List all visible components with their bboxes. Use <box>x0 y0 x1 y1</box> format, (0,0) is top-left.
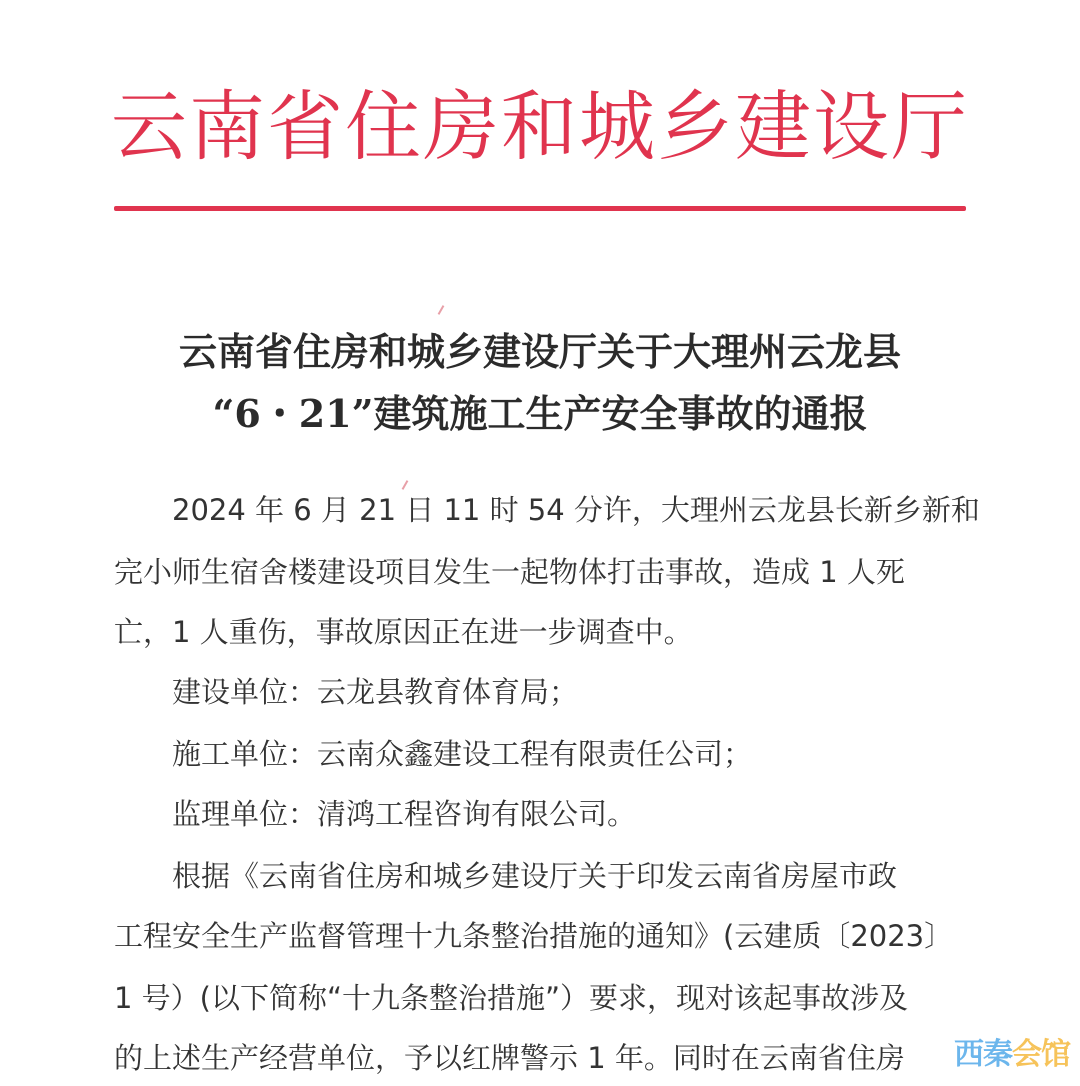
contractor-unit-line: 施工单位：云南众鑫建设工程有限责任公司； <box>172 734 752 774</box>
construction-unit-line: 建设单位：云龙县教育体育局； <box>172 672 578 712</box>
letterhead-org-name: 云南省住房和城乡建设厅 <box>0 82 1080 172</box>
scan-speck <box>402 480 409 490</box>
paragraph-line: 亡，1 人重伤，事故原因正在进一步调查中。 <box>114 612 693 652</box>
document-title-line-2: “6・21”建筑施工生产安全事故的通报 <box>0 390 1080 438</box>
letterhead-red-rule <box>114 206 966 211</box>
paragraph-line: 2024 年 6 月 21 日 11 时 54 分许，大理州云龙县长新乡新和 <box>172 490 980 530</box>
paragraph-line: 的上述生产经营单位，予以红牌警示 1 年。同时在云南省住房 <box>114 1038 905 1078</box>
watermark-part-2: 会馆 <box>1012 1037 1070 1072</box>
supervision-unit-line: 监理单位：清鸿工程咨询有限公司。 <box>172 794 636 834</box>
paragraph-line: 根据《云南省住房和城乡建设厅关于印发云南省房屋市政 <box>172 856 897 896</box>
scan-speck <box>438 305 445 315</box>
watermark-part-1: 西秦 <box>954 1037 1012 1072</box>
paragraph-line: 完小师生宿舍楼建设项目发生一起物体打击事故，造成 1 人死 <box>114 552 905 592</box>
watermark-logo: 西秦会馆 <box>954 1038 1070 1072</box>
paragraph-line: 1 号）(以下简称“十九条整治措施”）要求，现对该起事故涉及 <box>114 978 908 1018</box>
paragraph-line: 工程安全生产监督管理十九条整治措施的通知》(云建质〔2023〕 <box>114 916 953 956</box>
document-title-line-1: 云南省住房和城乡建设厅关于大理州云龙县 <box>0 328 1080 376</box>
